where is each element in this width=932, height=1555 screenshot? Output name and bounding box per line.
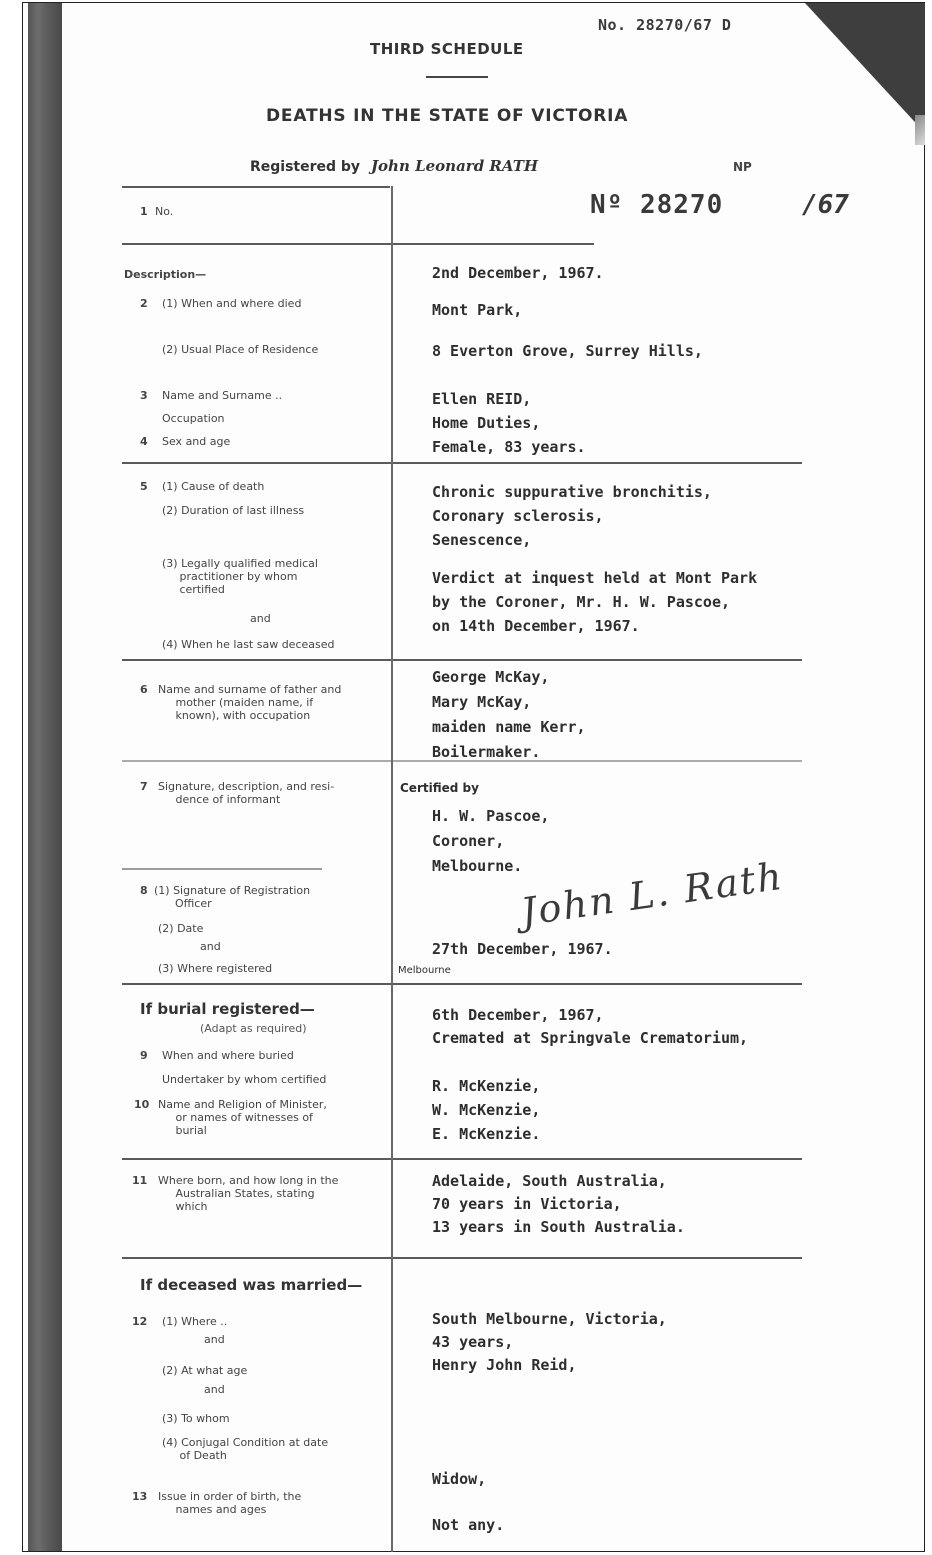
marriage-value: South Melbourne, Victoria, 43 years, Hen… <box>432 1308 667 1377</box>
row2-number: 2 <box>140 297 148 310</box>
row8-label1: (1) Signature of Registration Officer <box>154 884 310 910</box>
row5-label2: (2) Duration of last illness <box>162 504 304 517</box>
row8-label3: (3) Where registered <box>158 962 272 975</box>
rule-burial <box>122 1158 802 1160</box>
rule-no <box>122 243 594 245</box>
document-number: No. 28270/67 D <box>598 16 731 34</box>
burial-subheading: (Adapt as required) <box>200 1022 307 1035</box>
row6-number: 6 <box>140 683 148 696</box>
row12-label2: (2) At what age <box>162 1364 247 1377</box>
row8-number: 8 <box>140 884 148 897</box>
row1-number: 1 <box>140 205 148 218</box>
folded-corner <box>805 3 925 133</box>
registered-by-label: Registered by <box>250 159 360 175</box>
row9-number: 9 <box>140 1049 148 1062</box>
np-mark: NP <box>733 160 752 174</box>
informant-value: H. W. Pascoe, Coroner, Melbourne. <box>432 804 549 879</box>
schedule-rule <box>426 76 488 78</box>
row3-number: 3 <box>140 389 148 402</box>
burial-value: 6th December, 1967, Cremated at Springva… <box>432 1004 748 1050</box>
row8-and: and <box>200 940 221 953</box>
document-title: DEATHS IN THE STATE OF VICTORIA <box>266 106 628 126</box>
row7-number: 7 <box>140 780 148 793</box>
row13-number: 13 <box>132 1490 147 1503</box>
cause-of-death-value: Chronic suppurative bronchitis, Coronary… <box>432 480 712 552</box>
burial-heading: If burial registered— <box>140 1000 315 1018</box>
row5-label4: (4) When he last saw deceased <box>162 638 335 651</box>
row2-label2: (2) Usual Place of Residence <box>162 343 318 356</box>
row8-label2: (2) Date <box>158 922 203 935</box>
rule-row8 <box>122 983 802 985</box>
birthplace-value: Adelaide, South Australia, 70 years in V… <box>432 1170 685 1239</box>
row3-label: Name and Surname .. <box>162 389 282 402</box>
undertaker-label: Undertaker by whom certified <box>162 1073 326 1086</box>
row11-label: Where born, and how long in the Australi… <box>158 1174 338 1213</box>
registered-by: Registered by John Leonard RATH <box>250 157 538 175</box>
folded-corner-edge <box>915 115 925 145</box>
registration-stamp-year: /67 <box>802 190 849 220</box>
row2-value1: 2nd December, 1967. Mont Park, <box>432 255 604 329</box>
row3-value: Ellen REID, Home Duties, Female, 83 year… <box>432 387 586 459</box>
certification-value: Verdict at inquest held at Mont Park by … <box>432 566 757 638</box>
certified-by-label: Certified by <box>400 779 479 797</box>
row12-and1: and <box>204 1333 225 1346</box>
rule-row7 <box>122 868 322 870</box>
row4-number: 4 <box>140 435 148 448</box>
row6-label: Name and surname of father and mother (m… <box>158 683 341 722</box>
registration-date-value: 27th December, 1967. <box>432 940 613 958</box>
witnesses-value: R. McKenzie, W. McKenzie, E. McKenzie. <box>432 1074 540 1146</box>
rule-row11 <box>122 1257 802 1259</box>
where-registered-value: Melbourne <box>398 962 451 980</box>
row7-label: Signature, description, and resi- dence … <box>158 780 334 806</box>
registrar-name: John Leonard RATH <box>371 157 538 175</box>
row5-number: 5 <box>140 480 148 493</box>
row10-number: 10 <box>134 1098 149 1111</box>
binding-spine <box>28 3 62 1551</box>
rule-row5 <box>122 659 802 661</box>
issue-value: Not any. <box>432 1516 504 1534</box>
occupation-label: Occupation <box>162 412 225 425</box>
row12-number: 12 <box>132 1315 147 1328</box>
row2-label1: (1) When and where died <box>162 297 301 310</box>
column-divider <box>391 186 393 1552</box>
row12-and2: and <box>204 1383 225 1396</box>
registration-stamp-number: Nº 28270 <box>590 190 723 220</box>
row1-label: No. <box>155 205 173 218</box>
row12-label1: (1) Where .. <box>162 1315 227 1328</box>
parents-value: George McKay, Mary McKay, maiden name Ke… <box>432 665 586 765</box>
schedule-heading: THIRD SCHEDULE <box>370 40 524 58</box>
description-heading: Description— <box>124 268 206 281</box>
married-heading: If deceased was married— <box>140 1276 362 1294</box>
row11-number: 11 <box>132 1174 147 1187</box>
rule-row4 <box>122 462 802 464</box>
row4-label: Sex and age <box>162 435 230 448</box>
row9-label: When and where buried <box>162 1049 294 1062</box>
rule-top <box>122 186 390 188</box>
row13-label: Issue in order of birth, the names and a… <box>158 1490 301 1516</box>
row2-value2: 8 Everton Grove, Surrey Hills, <box>432 342 703 360</box>
row12-label3: (3) To whom <box>162 1412 230 1425</box>
row12-label4: (4) Conjugal Condition at date of Death <box>162 1436 328 1462</box>
row5-and: and <box>250 612 271 625</box>
row5-label3: (3) Legally qualified medical practition… <box>162 557 318 596</box>
row5-label1: (1) Cause of death <box>162 480 264 493</box>
row10-label: Name and Religion of Minister, or names … <box>158 1098 327 1137</box>
conjugal-condition-value: Widow, <box>432 1470 486 1488</box>
